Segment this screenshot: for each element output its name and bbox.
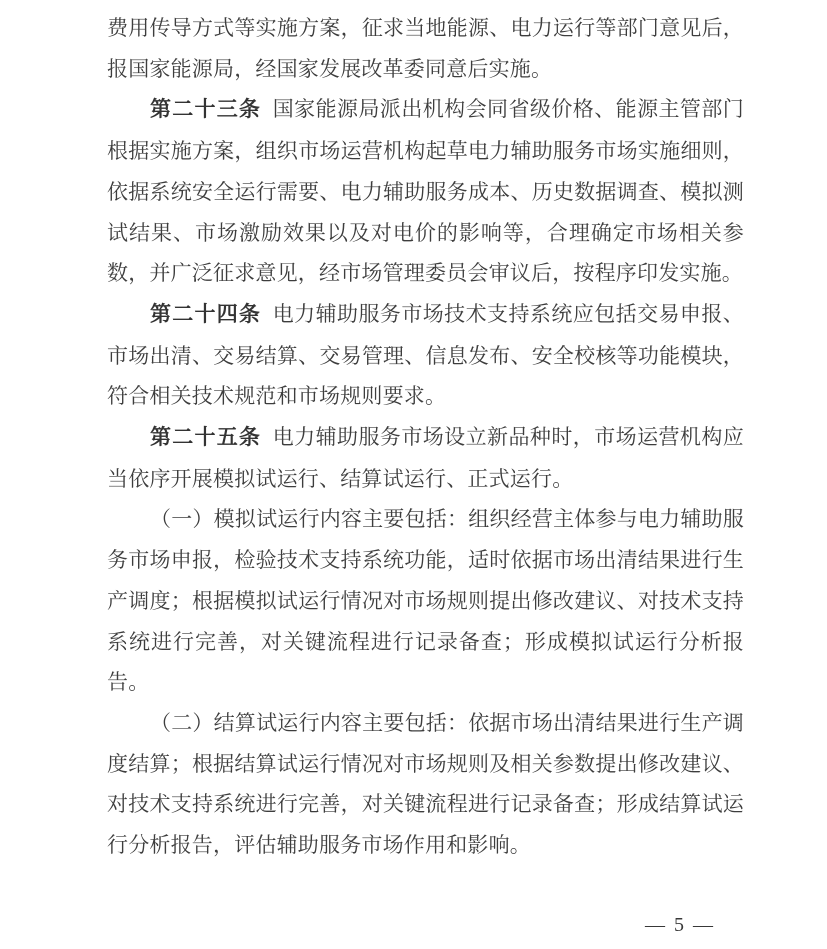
paragraph: 费用传导方式等实施方案，征求当地能源、电力运行等部门意见后，报国家能源局，经国家… — [107, 8, 744, 89]
paragraph: 第二十四条电力辅助服务市场技术支持系统应包括交易申报、市场出清、交易结算、交易管… — [107, 294, 744, 417]
paragraph: 第二十五条电力辅助服务市场设立新品种时，市场运营机构应当依序开展模拟试运行、结算… — [107, 417, 744, 499]
article-number-label: 第二十四条 — [150, 303, 261, 326]
paragraph-text: 费用传导方式等实施方案，征求当地能源、电力运行等部门意见后，报国家能源局，经国家… — [107, 16, 744, 81]
paragraph: 第二十三条国家能源局派出机构会同省级价格、能源主管部门根据实施方案，组织市场运营… — [107, 89, 744, 294]
page-number: — 5 — — [645, 914, 715, 937]
article-number-label: 第二十五条 — [150, 426, 261, 449]
document-page: 费用传导方式等实施方案，征求当地能源、电力运行等部门意见后，报国家能源局，经国家… — [0, 0, 827, 949]
document-body: 费用传导方式等实施方案，征求当地能源、电力运行等部门意见后，报国家能源局，经国家… — [107, 8, 744, 866]
paragraph-text: （一）模拟试运行内容主要包括：组织经营主体参与电力辅助服务市场申报，检验技术支持… — [107, 507, 744, 694]
paragraph-text: （二）结算试运行内容主要包括：依据市场出清结果进行生产调度结算；根据结算试运行情… — [107, 711, 744, 857]
article-number-label: 第二十三条 — [150, 98, 261, 121]
paragraph: （一）模拟试运行内容主要包括：组织经营主体参与电力辅助服务市场申报，检验技术支持… — [107, 499, 744, 703]
paragraph: （二）结算试运行内容主要包括：依据市场出清结果进行生产调度结算；根据结算试运行情… — [107, 703, 744, 866]
paragraph-text: 国家能源局派出机构会同省级价格、能源主管部门根据实施方案，组织市场运营机构起草电… — [107, 97, 744, 285]
